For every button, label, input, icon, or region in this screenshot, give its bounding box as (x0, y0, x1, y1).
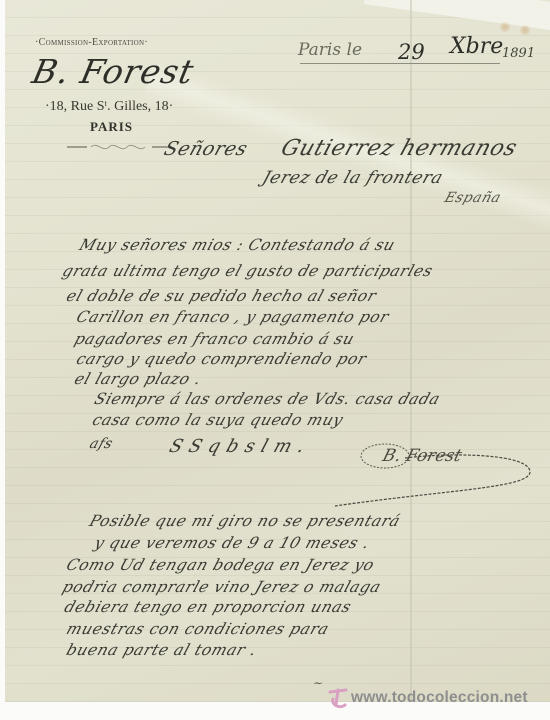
body-line: el largo plazo . (72, 370, 204, 388)
body-line: grata ultima tengo el gusto de participa… (60, 262, 435, 280)
postscript-line: Posible que mi giro no se presentará (87, 512, 403, 530)
date-day: 29 (398, 40, 425, 64)
date-rule (300, 63, 500, 64)
paper-fold (410, 0, 412, 702)
letterhead-address: ·18, Rue Sᵗ. Gilles, 18· (45, 99, 173, 115)
recipient-country: España (442, 190, 503, 206)
letterhead-business-type: ·Commission-Exportation· (35, 37, 148, 48)
todocoleccion-logo-icon (328, 687, 348, 709)
postscript-line: muestras con condiciones para (64, 620, 331, 638)
postscript-line: y que veremos de 9 a 10 meses . (92, 534, 372, 552)
recipient-title: Señores (161, 138, 250, 160)
body-line: Siempre á las ordenes de Vds. casa dada (92, 390, 443, 408)
body-line: el doble de su pedido hecho al señor (64, 287, 379, 305)
body-line: Carillon en franco , y pagamento por (74, 308, 391, 326)
letterhead-city: PARIS (90, 119, 133, 135)
date-line: Paris le 29 Xbre 1891 (290, 38, 540, 68)
paper-stain (500, 22, 510, 32)
date-place: Paris le (298, 40, 362, 60)
body-line: casa como la suya quedo muy (90, 411, 346, 429)
postscript-line: buena parte al tomar . (64, 641, 259, 659)
postscript-line: debiera tengo en proporcion unas (62, 598, 354, 616)
watermark: www.todocoleccion.net (328, 687, 528, 709)
date-month: Xbre (450, 34, 503, 59)
recipient-name: Gutierrez hermanos (278, 136, 521, 161)
body-line: pagadores en franco cambio á su (72, 330, 357, 348)
closing-formula: S S q b s l m . (167, 436, 308, 457)
recipient-line-1: Señores Gutierrez hermanos (161, 136, 520, 161)
date-year: 1891 (502, 46, 535, 61)
body-line: Muy señores mios : Contestando á su (77, 236, 398, 254)
body-line: cargo y quedo comprendiendo por (74, 350, 369, 368)
letter-page: ·Commission-Exportation· B. Forest ·18, … (5, 0, 550, 702)
ornament-icon (67, 141, 172, 153)
postscript-line: Como Ud tengan bodega en Jerez yo (64, 556, 377, 574)
watermark-text: www.todocoleccion.net (351, 689, 528, 707)
signature: B. Forest (380, 446, 464, 466)
paper-stain (520, 25, 530, 35)
postscript-line: podria comprarle vino Jerez o malaga (60, 578, 383, 596)
letterhead-name: B. Forest (29, 52, 198, 91)
recipient-city: Jerez de la frontera (260, 168, 446, 188)
